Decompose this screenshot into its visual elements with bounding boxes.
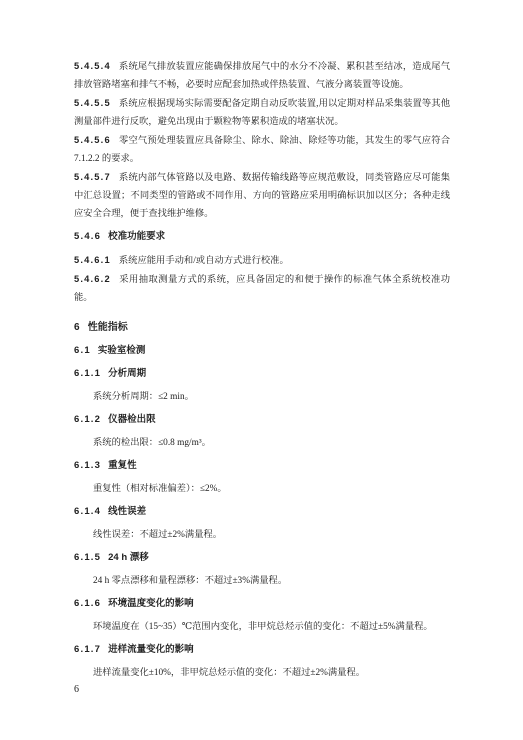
page-content: 5.4.5.4系统尾气排放装置应能确保排放尾气中的水分不冷凝、累积甚至结冰，造成…: [74, 57, 450, 681]
clause-number: 5.4.5.6: [74, 135, 119, 145]
clause-5-4-5-5: 5.4.5.5系统应根据现场实际需要配备定期自动反吹装置,用以定期对样品采集装置…: [74, 94, 450, 131]
page-number: 6: [74, 684, 79, 696]
clause-5-4-6-1: 5.4.6.1系统应能用手动和/或自动方式进行校准。: [74, 251, 450, 270]
clause-text: 采用抽取测量方式的系统，应具备固定的和便于操作的标准气体全系统校准功能。: [74, 275, 450, 303]
clause-number: 5.4.6.2: [74, 274, 119, 284]
heading-title: 进样流量变化的影响: [108, 644, 194, 655]
heading-5-4-6: 5.4.6校准功能要求: [74, 229, 450, 245]
spec-6-1-1: 系统分析周期：≤2 min。: [74, 389, 450, 405]
spec-6-1-4: 线性误差：不超过±2%满量程。: [74, 527, 450, 543]
heading-number: 6.1.7: [74, 644, 108, 655]
clause-number: 5.4.5.7: [74, 172, 119, 182]
spec-6-1-6: 环境温度在（15~35）℃范围内变化，非甲烷总烃示值的变化：不超过±5%满量程。: [74, 619, 450, 635]
spec-6-1-7: 进样流量变化±10%，非甲烷总烃示值的变化：不超过±2%满量程。: [74, 665, 450, 681]
heading-number: 6: [74, 322, 88, 333]
heading-6-1-1: 6.1.1分析周期: [74, 366, 450, 382]
spec-6-1-5: 24 h 零点漂移和量程漂移：不超过±3%满量程。: [74, 573, 450, 589]
heading-6-1-5: 6.1.524 h 漂移: [74, 550, 450, 566]
spec-6-1-3: 重复性（相对标准偏差）：≤2%。: [74, 481, 450, 497]
clause-text: 系统尾气排放装置应能确保排放尾气中的水分不冷凝、累积甚至结冰，造成尾气排放管路堵…: [74, 62, 450, 90]
heading-6-1-7: 6.1.7进样流量变化的影响: [74, 642, 450, 658]
clause-5-4-5-6: 5.4.5.6零空气预处理装置应具备除尘、除水、除油、除烃等功能，其发生的零气应…: [74, 131, 450, 168]
clause-5-4-6-2: 5.4.6.2采用抽取测量方式的系统，应具备固定的和便于操作的标准气体全系统校准…: [74, 270, 450, 307]
section-6-1: 6.1实验室检测 6.1.1分析周期 系统分析周期：≤2 min。 6.1.2仪…: [74, 343, 450, 681]
heading-title: 24 h 漂移: [108, 552, 149, 563]
heading-6-1-6: 6.1.6环境温度变化的影响: [74, 596, 450, 612]
heading-title: 线性误差: [108, 506, 146, 517]
heading-number: 6.1.5: [74, 552, 108, 563]
heading-number: 6.1.6: [74, 598, 108, 609]
clause-number: 5.4.5.4: [74, 61, 119, 71]
clause-5-4-5-4: 5.4.5.4系统尾气排放装置应能确保排放尾气中的水分不冷凝、累积甚至结冰，造成…: [74, 57, 450, 94]
clause-number: 5.4.5.5: [74, 98, 119, 108]
heading-number: 6.1.2: [74, 414, 108, 425]
heading-6-1-4: 6.1.4线性误差: [74, 504, 450, 520]
heading-6-1-2: 6.1.2仪器检出限: [74, 412, 450, 428]
clause-number: 5.4.6.1: [74, 255, 119, 265]
heading-title: 分析周期: [108, 368, 146, 379]
clause-text: 系统内部气体管路以及电路、数据传输线路等应规范敷设，同类管路应尽可能集中汇总设置…: [74, 173, 450, 219]
clause-text: 零空气预处理装置应具备除尘、除水、除油、除烃等功能，其发生的零气应符合 7.1.…: [74, 136, 450, 164]
clause-text: 系统应能用手动和/或自动方式进行校准。: [119, 256, 289, 266]
document-page: 5.4.5.4系统尾气排放装置应能确保排放尾气中的水分不冷凝、累积甚至结冰，造成…: [0, 0, 523, 740]
heading-title: 校准功能要求: [108, 231, 165, 242]
heading-number: 6.1: [74, 345, 98, 356]
clause-text: 系统应根据现场实际需要配备定期自动反吹装置,用以定期对样品采集装置等其他测量部件…: [74, 99, 450, 127]
spec-6-1-2: 系统的检出限：≤0.8 mg/m³。: [74, 435, 450, 451]
heading-title: 实验室检测: [98, 345, 146, 356]
heading-number: 6.1.4: [74, 506, 108, 517]
heading-title: 仪器检出限: [108, 414, 156, 425]
heading-title: 重复性: [108, 460, 137, 471]
heading-title: 性能指标: [88, 322, 128, 333]
heading-number: 6.1.1: [74, 368, 108, 379]
heading-title: 环境温度变化的影响: [108, 598, 194, 609]
heading-6-1: 6.1实验室检测: [74, 343, 450, 359]
clause-5-4-5-7: 5.4.5.7系统内部气体管路以及电路、数据传输线路等应规范敷设，同类管路应尽可…: [74, 168, 450, 223]
heading-6-1-3: 6.1.3重复性: [74, 458, 450, 474]
heading-6: 6性能指标: [74, 320, 450, 336]
heading-number: 6.1.3: [74, 460, 108, 471]
heading-number: 5.4.6: [74, 231, 108, 242]
